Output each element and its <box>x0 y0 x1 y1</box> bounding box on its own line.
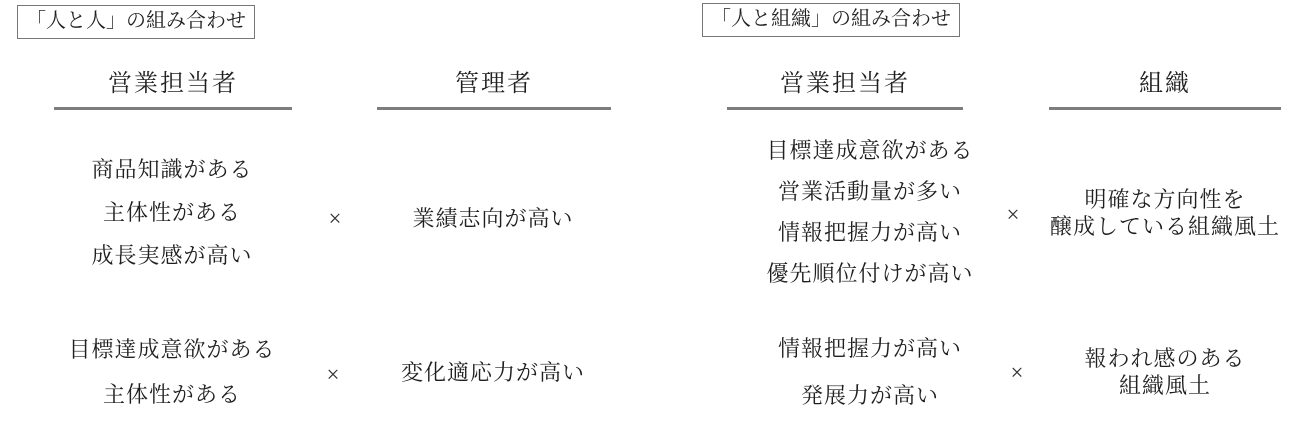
panel-person-and-person: 「人と人」の組み合わせ 営業担当者 管理者 商品知識がある 主体性がある 成長実… <box>0 0 650 422</box>
column-header-label: 営業担当者 <box>108 71 238 97</box>
attribute-line: 優先順位付けが高い <box>730 253 1010 294</box>
sales-rep-attributes-cell: 目標達成意欲がある 営業活動量が多い 情報把握力が高い 優先順位付けが高い <box>730 130 1010 294</box>
attribute-line: 業績志向が高い <box>353 206 633 232</box>
multiply-symbol: × <box>316 361 350 389</box>
panel-title: 「人と人」の組み合わせ <box>26 10 246 32</box>
attribute-line: 変化適応力が高い <box>353 360 633 386</box>
attribute-line: 目標達成意欲がある <box>32 327 312 372</box>
attribute-line: 営業活動量が多い <box>730 171 1010 212</box>
attribute-line: 組織風土 <box>1025 372 1300 399</box>
attribute-line: 主体性がある <box>32 372 312 417</box>
panel-title: 「人と組織」の組み合わせ <box>711 8 951 30</box>
panel-title-box: 「人と組織」の組み合わせ <box>702 3 960 37</box>
attribute-line: 醸成している組織風土 <box>1025 213 1300 240</box>
column-header-manager: 管理者 <box>377 70 611 110</box>
attribute-line: 主体性がある <box>32 191 312 234</box>
attribute-line: 成長実感が高い <box>32 234 312 277</box>
attribute-line: 報われ感のある <box>1025 345 1300 372</box>
manager-attributes-cell: 業績志向が高い <box>353 206 633 232</box>
column-header-label: 管理者 <box>455 71 533 97</box>
panel-title-box: 「人と人」の組み合わせ <box>17 5 255 39</box>
column-header-sales-rep: 営業担当者 <box>54 70 292 110</box>
sales-rep-attributes-cell: 商品知識がある 主体性がある 成長実感が高い <box>32 148 312 277</box>
sales-rep-attributes-cell: 情報把握力が高い 発展力が高い <box>730 325 1010 419</box>
column-header-label: 組織 <box>1139 71 1191 97</box>
column-header-label: 営業担当者 <box>780 71 910 97</box>
organization-attributes-cell: 明確な方向性を 醸成している組織風土 <box>1025 186 1300 240</box>
combination-diagram: 「人と人」の組み合わせ 営業担当者 管理者 商品知識がある 主体性がある 成長実… <box>0 0 1300 422</box>
panel-person-and-organization: 「人と組織」の組み合わせ 営業担当者 組織 目標達成意欲がある 営業活動量が多い… <box>650 0 1300 422</box>
attribute-line: 明確な方向性を <box>1025 186 1300 213</box>
organization-attributes-cell: 報われ感のある 組織風土 <box>1025 345 1300 399</box>
attribute-line: 情報把握力が高い <box>730 325 1010 372</box>
attribute-line: 商品知識がある <box>32 148 312 191</box>
attribute-line: 目標達成意欲がある <box>730 130 1010 171</box>
multiply-symbol: × <box>318 205 352 233</box>
manager-attributes-cell: 変化適応力が高い <box>353 360 633 386</box>
attribute-line: 発展力が高い <box>730 372 1010 419</box>
attribute-line: 情報把握力が高い <box>730 212 1010 253</box>
column-header-sales-rep: 営業担当者 <box>727 70 963 110</box>
sales-rep-attributes-cell: 目標達成意欲がある 主体性がある <box>32 327 312 417</box>
column-header-organization: 組織 <box>1049 70 1281 110</box>
